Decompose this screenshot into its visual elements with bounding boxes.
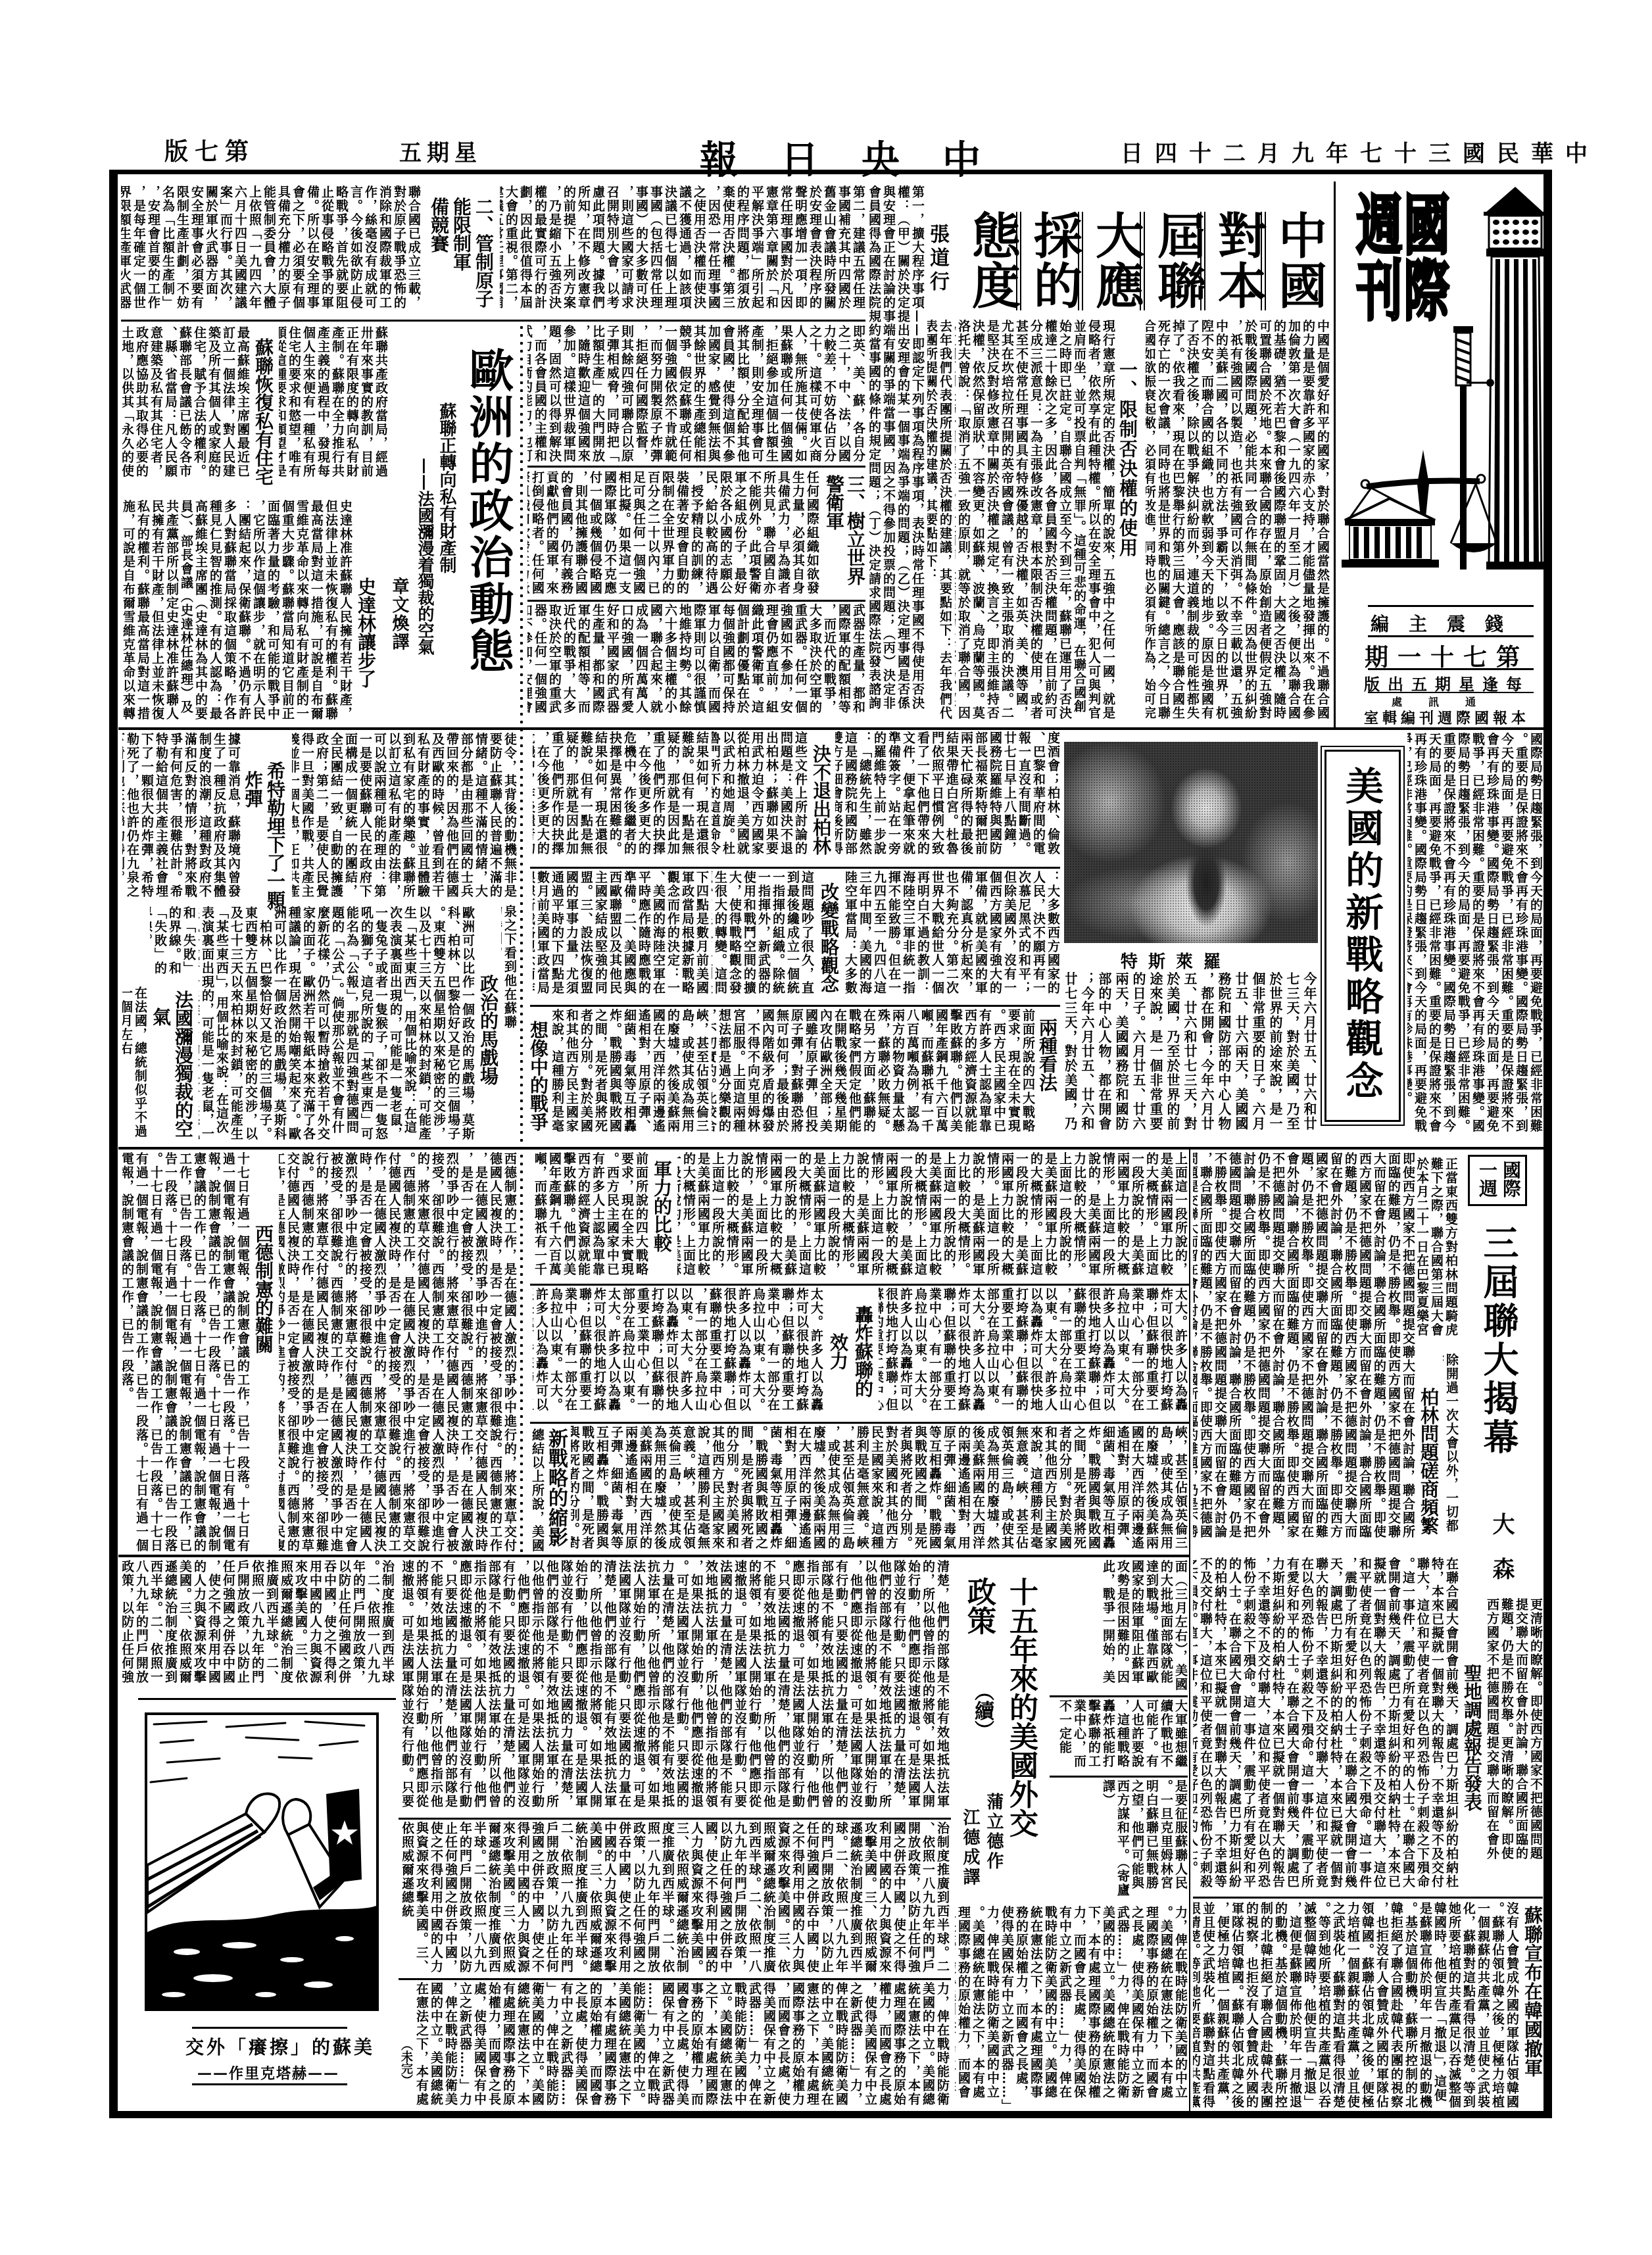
section-heading: 決不退出柏林 <box>812 744 830 855</box>
column-rule <box>530 1005 1060 1007</box>
article-author: 蒲立德作 <box>985 1793 1002 1872</box>
article-body: 前面所說的四大戰略要求，現在全未實現。西方民主國家中已有許多人士認為單靠西方的經… <box>533 1152 648 1281</box>
article-body: 峽，甚至佔領英倫三島，或使其成為無用的廢墟，然後美蘇兩國在大西洋的兩邊遙遙相對，… <box>552 1009 709 1143</box>
section-heading: 效力 <box>829 1333 847 1370</box>
article-title: 歐洲的政治動態 <box>466 347 510 674</box>
column-rule <box>530 1422 1189 1424</box>
article-subtitle: ——法國瀰漫着獨裁的空氣 <box>417 458 433 655</box>
section-heading: 轟炸蘇聯的 <box>854 1305 872 1397</box>
article-byline: 章文煥譯 <box>391 577 408 651</box>
column-rule <box>527 600 865 602</box>
section-heading: 聖地調處報告發表 <box>1463 1664 1481 1811</box>
article-body: 西德制憲的工作，是在德國人激烈的爭吵中進行的，將來憲草交付德國人民複決時，是否一… <box>279 1152 517 1553</box>
section-heading: 想像中的戰爭 <box>529 1021 547 1131</box>
article-body: 大軍雖想繼續作戰也不可能了。有人也許要說，這種戰略轟炸祇能打擊蘇聯的工業中心，而… <box>1050 1699 1188 1773</box>
article-body: 在法國，總統制似乎不過一個月左右 <box>122 986 147 1144</box>
column-rule <box>530 867 1060 869</box>
cartoon-frame <box>145 1712 379 2011</box>
section-heading-col: 二、管制原子 <box>472 197 495 308</box>
frame-left <box>109 172 118 2118</box>
header-rule <box>109 170 1552 174</box>
article-body: 十七日有過一個電報，說制憲會議的工作，已告一段落。十七日有過一個電報，說制憲會議… <box>122 1152 250 1553</box>
article-body: 第一，擴大程序事項——即認定下列事項為程序事項，表決時常任理事國不得使用否決權：… <box>869 185 925 723</box>
article-title: 三屆聯大揭幕 <box>1481 1224 1517 1457</box>
section-heading: 氣 <box>151 1007 170 1026</box>
portrait-photo <box>1064 742 1318 943</box>
headline-col: 態度 <box>958 210 1017 310</box>
headline-col: 大應 <box>1081 210 1140 310</box>
section-heading: 改變戰略觀念 <box>819 883 838 993</box>
section-heading: 政治的馬戲場 <box>479 975 497 1085</box>
article-body: 最高蘇維埃主席團最近已訂立一個法律，對人民建築及所有其個人或家庭的住宅，賦予合法… <box>122 326 250 484</box>
article-body: 治制度推廣到西半球。二、依照一八九九年的門戶開放政策，以防止任何強國之併吞中國，… <box>122 1560 395 1694</box>
article-body: 任何國際組織如欲發生力量，必須其自身具備武力，早為識者所共見，聯合國自亦不能例外… <box>527 471 819 597</box>
article-body: 總結以上所說，美國 <box>530 1428 545 1553</box>
pillar-icon <box>1484 187 1544 570</box>
headline-col: 中國 <box>1264 210 1323 310</box>
article-title: 十五年來的美國外交 <box>1006 1577 1035 1837</box>
photo-caption: 羅萊斯特 <box>1121 948 1231 973</box>
masthead-schedule: 每逢星期五出版 <box>1355 671 1539 694</box>
cartoon-illustration <box>147 1715 376 2008</box>
section-heading: 西德制憲的難關 <box>254 1224 272 1353</box>
edition-label: 第七版 <box>164 133 255 167</box>
article-body: 沒有人會贊成外國的軍隊佔領韓國。蘇聯佔領北韓之後，便極力培植一個親蘇的共產黨，並… <box>1193 1902 1519 2110</box>
section-label-box: 國際 一週 <box>1468 1155 1527 1206</box>
masthead-rule <box>1368 692 1534 693</box>
article-body: 歐洲可以比作一個政治的馬戲場，莫斯科、柏林、巴黎恰好又是它的三個場子。東西雙方五… <box>199 906 475 1144</box>
article-body: 更清晰的瞭解。即使西方國家不把德國問題提交聯大而留在會外討論，聯合國所面臨的難題… <box>1485 1598 1543 1861</box>
article-body: 在聯合國大會開會前幾天，調處巴力斯坦糾紛的柏納杜特，本來已擬就一個對聯大的報告，… <box>1193 1557 1459 1894</box>
cartoon-caption: 美蘇的「擦癢」外交 <box>185 2033 375 2060</box>
masthead-contact: 本報國際週刊編輯室 <box>1355 707 1539 727</box>
column-rule <box>530 1284 1189 1286</box>
pillar-and-scales-emblem <box>1335 175 1544 583</box>
article-title: 美國的新戰略觀念 <box>1342 766 1380 1103</box>
section-heading: 一、限制否決權的使用 <box>1118 360 1136 558</box>
article-body: 第二，建議五常任理事國補充其中四國於舊金山會議時所發關於安理會表決程序的聲明應增… <box>500 185 865 317</box>
decorative-wavy-rule <box>518 324 525 1553</box>
section-heading: 蘇聯宣布在韓國撤軍 <box>1523 1906 1542 2077</box>
section-heading-col: 能限制軍 <box>450 197 472 308</box>
continued-label: （續） <box>972 1681 992 1740</box>
issue-date: 中華民國三十七年九月二十四日 <box>1121 135 1599 168</box>
article-body: 現行憲章所規定的否決權，簡單的說來，五強中之任何一國，就是侵略者，依然享有此種特… <box>955 320 1115 723</box>
band-rule <box>118 1147 1543 1150</box>
article-body: 據可靠消息，蘇聯境內曾發生了一種反抗政府及其集體制度的浪潮，這種對政府不滿和反對… <box>122 733 241 901</box>
headline-col: 屆聯 <box>1143 210 1202 310</box>
caption-rule <box>192 2083 347 2085</box>
masthead-editor: 錢震主編 <box>1355 610 1539 637</box>
section-heading: 軍力的比較 <box>652 1160 671 1252</box>
section-heading: 希特勒埋下了一顆 <box>266 762 284 909</box>
section-heading: 史達林讓步了 <box>356 577 375 688</box>
section-heading: 二、管制原子 能限制軍 備競賽 <box>426 197 495 308</box>
column-rule <box>1193 1897 1543 1899</box>
article-body: 力，俾在戰時能防衛美國的中立。美國總統在憲法之下，本有處理國際事務的原始權力，而… <box>955 1906 1188 2110</box>
band-rule <box>118 727 1543 730</box>
frame-right <box>1543 172 1552 2118</box>
section-heading: 三、樹立世界 警衛軍 <box>822 475 865 585</box>
article-body: 下四點是數月前美國軍政當局根據新戰略觀念而作的決定：一、美國的海陸空軍在平時應作… <box>533 871 709 1004</box>
article-body: 力，俾在戰時能防衛美國的中立。美國總統在憲法之下，本有處理國際事務的原始權力，而… <box>416 1982 950 2110</box>
frame-bottom <box>109 2111 1552 2118</box>
masthead-rule <box>1368 635 1534 637</box>
article-body: 面（三月左右），美國的大批地面部隊就能達到戰場。僅靠西歐國家的陸軍阻止蘇軍攻勢是… <box>1050 1560 1188 1693</box>
article-body: 史達林准許蘇聯人民擁有若干財產，但法律上並未恢復私有的權利。蘇聯最高當局對這一措… <box>122 500 352 723</box>
article-body: 結果如何，現在還很難說。但有一點是無疑的，那就是因此加重了他們所作的抉擇，在今後… <box>533 731 709 865</box>
column-rule <box>399 1978 951 1980</box>
article-body: 去年我們代表團所提關於否決權的建議，其要點如下：去年我們代表團所提關於否決權的建… <box>927 320 952 723</box>
article-title: 政策 <box>964 1577 993 1635</box>
headline-col: 對本 <box>1203 210 1263 310</box>
section-heading-col: 警衛軍 <box>823 475 844 585</box>
article-body: 蘇聯共產政府當局，經過卅年來事實的教訓，目前正在有限度的轉向私有財產制。蘇聯在全… <box>279 326 388 484</box>
article-body: 上面這一段所說的，是美蘇兩國軍力比較的大概情形。上面這一段所說的，是美蘇兩國軍力… <box>677 1152 1188 1281</box>
article-byline: 大森 <box>1490 1513 1513 1602</box>
masthead-rule <box>1368 668 1534 670</box>
newspaper-page: 第七版 星期五 中央日報 中華民國三十七年九月二十四日 國際 週刊 <box>0 0 1652 2255</box>
column-rule <box>1050 1695 1188 1697</box>
weekday-label: 星期五 <box>399 135 482 167</box>
article-body: 太大。許多人以為轟炸可以很快地打垮蘇聯；但蘇聯的重要工業中心，有一部分在烏拉山以… <box>533 1288 823 1420</box>
column-rule <box>138 1698 396 1700</box>
article-body: 徒令，其背後的動機無非是要防止蘇聯人民普遍不滿的情緒。這種不滿的情緒，大部分都是… <box>292 733 517 901</box>
article-body: 前面所說的四大戰略要求，現在全未實現。西方民主國家中已有許多人士認為單靠西方的經… <box>712 1009 1035 1143</box>
section-heading: 新戰略的縮影 <box>546 1428 566 1547</box>
article-body: 除開過一次大會以外，一切都需 <box>1443 1353 1459 1545</box>
scales-icon <box>1342 326 1497 570</box>
article-body: 聯合國已成立三載，對於原子戰爭恐怖的消除和國際裁軍的工作，絲毫沒有成就可言。今後… <box>121 185 421 317</box>
article-body: ：大多數西方國家的人民，決不願再有一次慕尼黑式的和平；但除美國外，沒有一個西方國… <box>843 871 1060 1004</box>
article-body: 和「失敗」的界線。和「失敗」的界線。 <box>150 906 196 985</box>
column-divider <box>1189 1150 1190 2112</box>
band-rule <box>118 1555 1190 1557</box>
article-body: 這問題吵了很久，直到最後纔成立一個統一指揮的組織。除統一指揮外，新武器的使用和戰… <box>712 871 814 1004</box>
article-lead: 正當東西雙方對柏林問題騎虎難下之際，聯合國第三屆大會於本月二十一日在巴黎夏樂宮揭… <box>1417 1157 1458 1348</box>
article-body: 這些文件上所討論的問題是：美國決不退出柏林；蘇聯如果要用武力迫令西方國家從柏林撤… <box>712 731 808 865</box>
section-label-col: 一週 <box>1475 1161 1499 1198</box>
article-body: 國際局勢日趨緊張，到今天的局面，再要避免戰爭，已經非常困難。重要的是保證將來不會… <box>1407 733 1543 1144</box>
section-heading: 法國瀰漫獨裁的空 <box>174 990 192 1138</box>
section-heading: 炸彈 <box>243 771 262 808</box>
article-body: 武器生產量，都和國際軍的配額相等，而近代的戰爭，大多取決於空軍的重武器。任何一個… <box>527 604 865 723</box>
article-subtitle: 蘇聯正轉向私有財產制 <box>438 402 455 573</box>
article-body: 即使西方國家不把德國問題提交聯大而留在會外討論，聯合國所面臨的難題，仍是不勝枚舉… <box>1193 1152 1415 1552</box>
headline-col: 採的 <box>1019 210 1079 310</box>
article-body: 泉之下看到他在蘇聯的勝利。 <box>501 905 517 1034</box>
article-byline: 張道行 <box>927 224 947 295</box>
column-rule <box>527 466 865 468</box>
article-body: 即英、美、蘇，各自分之二十，中、法，以國力較差，不妨各佔百分之十。這樣可使軍火商… <box>527 325 865 463</box>
section-heading: 兩種看法 <box>1038 1018 1056 1092</box>
article-body: 清楚，他們的部隊是不能有效地抵抗法軍的，所以他曾指示他的將領，如果法人開始行動，… <box>402 1560 950 1815</box>
masthead-rule <box>1368 605 1534 607</box>
article-body: 峽，甚至佔領英倫三島，或使其成為無用的廢墟，然後美蘇兩國在大西洋的兩邊遙遙相對，… <box>571 1426 1188 1553</box>
section-heading-col: 備競賽 <box>427 197 450 308</box>
article-body: 度酒會；柏林、倫敦、巴黎和華府間的電報一直沒有間斷過。廿七日早上八點鐘，國務院羅… <box>835 731 1060 865</box>
to-be-continued-label: （未完） <box>400 2039 412 2086</box>
section-heading: 蘇聯恢復私有住宅 <box>254 338 272 485</box>
section-label-col: 國際 <box>1499 1161 1522 1198</box>
title-box: 美國的新戰略觀念 <box>1324 750 1401 1122</box>
column-rule <box>1050 1776 1188 1778</box>
section-heading-col: 三、樹立世界 <box>844 475 865 585</box>
section-label: 國際 一週 <box>1475 1161 1522 1198</box>
cartoon-credit: ——赫塔克里作—— <box>197 2062 339 2083</box>
article-translator: 江德成譯 <box>961 1808 979 1887</box>
article-body: 治制度推廣到西半球。二、依照一八九九年的門戶開放政策，以防止任何強國之併吞中國，… <box>402 1822 950 1976</box>
article-body: 是要征服蘇聯人民。一旦克里姆林宮明白蘇聯已無戰勝之望，他們可能與西方謀和平。（寄… <box>1050 1780 1188 1898</box>
caption-rule <box>192 2027 347 2029</box>
article-lead: 今年六月廿五、廿六和廿七三天，對於美國，乃至於世界的前途來說，是一個非常重要的日… <box>1065 972 1318 1144</box>
article-body: 中國是個愛好和平的國家，對於聯合國當然是擁護的。不過聯合國的力量是要靠許多國家的… <box>1146 320 1330 723</box>
section-heading: 柏林問題磋商頻繁 <box>1419 1388 1438 1535</box>
column-rule <box>399 1818 951 1820</box>
newspaper-title: 中央日報 <box>700 129 1023 184</box>
column-rule <box>121 320 865 322</box>
article-body: 太大。許多人以為轟炸可以很快地打垮蘇聯；但蘇聯的重要工業中心，有一部分在烏拉山以… <box>879 1288 1188 1420</box>
